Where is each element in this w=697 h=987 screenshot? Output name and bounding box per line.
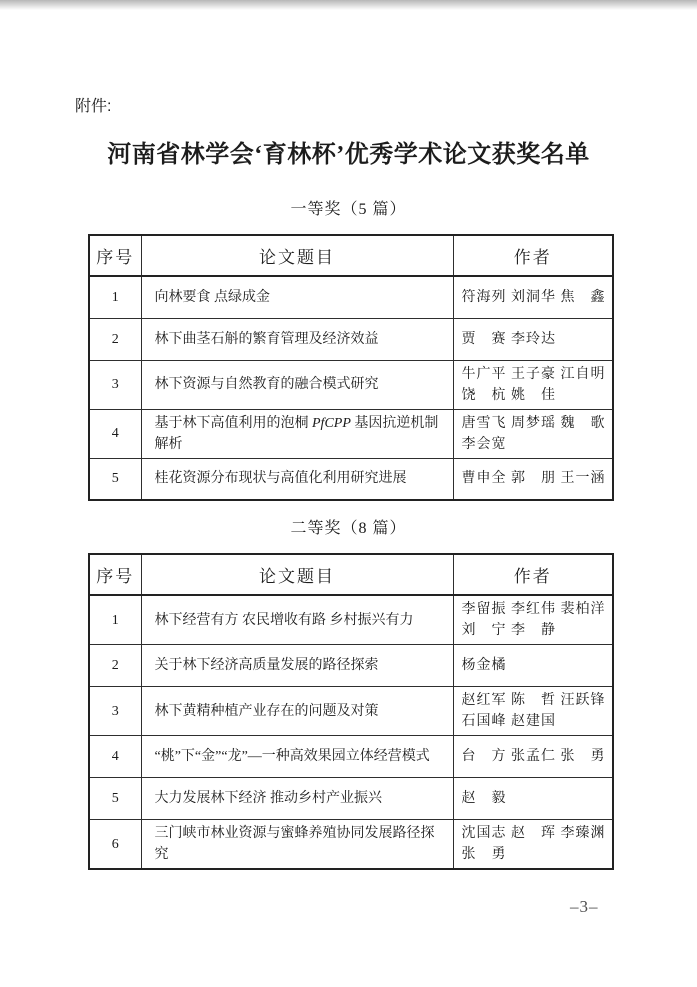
paper-title: 林下黄精种植产业存在的问题及对策 — [141, 687, 453, 736]
row-number: 5 — [89, 458, 141, 500]
paper-title: 向林要食 点绿成金 — [141, 276, 453, 318]
row-number: 3 — [89, 687, 141, 736]
page-top-shadow — [0, 0, 697, 10]
paper-title: 关于林下经济高质量发展的路径探索 — [141, 645, 453, 687]
paper-title: 大力发展林下经济 推动乡村产业振兴 — [141, 778, 453, 820]
table-row: 3林下资源与自然教育的融合模式研究牛广平 王子豪 江自明饶 杭 姚 佳 — [89, 360, 613, 409]
page-number: –3– — [570, 897, 599, 917]
paper-authors: 赵红军 陈 哲 汪跃锋石国峰 赵建国 — [453, 687, 613, 736]
table-row: 1林下经营有方 农民增收有路 乡村振兴有力李留振 李红伟 裴柏洋刘 宁 李 静 — [89, 595, 613, 645]
first-prize-table: 序号 论文题目 作者 1向林要食 点绿成金符海列 刘洞华 焦 鑫2林下曲茎石斛的… — [88, 234, 614, 501]
table-row: 4“桃”下“金”“龙”—一种高效果园立体经营模式台 方 张孟仁 张 勇 — [89, 736, 613, 778]
section-heading-first-prize: 一等奖（5 篇） — [0, 196, 697, 219]
paper-authors: 台 方 张孟仁 张 勇 — [453, 736, 613, 778]
table-row: 2关于林下经济高质量发展的路径探索杨金橘 — [89, 645, 613, 687]
paper-authors: 牛广平 王子豪 江自明饶 杭 姚 佳 — [453, 360, 613, 409]
column-header-no: 序号 — [89, 554, 141, 595]
paper-title: 林下曲茎石斛的繁育管理及经济效益 — [141, 318, 453, 360]
column-header-authors: 作者 — [453, 235, 613, 276]
title-segment: 基于林下高值利用的泡桐 — [155, 416, 313, 431]
paper-authors: 赵 毅 — [453, 778, 613, 820]
column-header-title: 论文题目 — [141, 554, 453, 595]
paper-authors: 符海列 刘洞华 焦 鑫 — [453, 276, 613, 318]
attachment-label: 附件: — [75, 93, 111, 116]
table-row: 2林下曲茎石斛的繁育管理及经济效益贾 赛 李玲达 — [89, 318, 613, 360]
table-row: 5桂花资源分布现状与高值化利用研究进展曹申全 郭 朋 王一涵 — [89, 458, 613, 500]
paper-title: 三门峡市林业资源与蜜蜂养殖协同发展路径探究 — [141, 820, 453, 870]
paper-authors: 曹申全 郭 朋 王一涵 — [453, 458, 613, 500]
table-row: 4基于林下高值利用的泡桐 PfCPP 基因抗逆机制解析唐雪飞 周梦瑶 魏 歌李会… — [89, 409, 613, 458]
section-heading-second-prize: 二等奖（8 篇） — [0, 515, 697, 538]
table-row: 6三门峡市林业资源与蜜蜂养殖协同发展路径探究沈国志 赵 珲 李臻渊张 勇 — [89, 820, 613, 870]
row-number: 5 — [89, 778, 141, 820]
row-number: 2 — [89, 318, 141, 360]
page-title: 河南省林学会‘育林杯’优秀学术论文获奖名单 — [0, 134, 697, 169]
section-second-prize: 二等奖（8 篇） 序号 论文题目 作者 1林下经营有方 农民增收有路 乡村振兴有… — [0, 515, 697, 870]
paper-title: 林下经营有方 农民增收有路 乡村振兴有力 — [141, 595, 453, 645]
paper-title: “桃”下“金”“龙”—一种高效果园立体经营模式 — [141, 736, 453, 778]
row-number: 4 — [89, 409, 141, 458]
table-row: 5大力发展林下经济 推动乡村产业振兴赵 毅 — [89, 778, 613, 820]
table-row: 1向林要食 点绿成金符海列 刘洞华 焦 鑫 — [89, 276, 613, 318]
row-number: 6 — [89, 820, 141, 870]
paper-authors: 杨金橘 — [453, 645, 613, 687]
table-header-row: 序号 论文题目 作者 — [89, 235, 613, 276]
row-number: 4 — [89, 736, 141, 778]
paper-title: 桂花资源分布现状与高值化利用研究进展 — [141, 458, 453, 500]
paper-title: 基于林下高值利用的泡桐 PfCPP 基因抗逆机制解析 — [141, 409, 453, 458]
row-number: 3 — [89, 360, 141, 409]
gene-name-italic: PfCPP — [312, 416, 351, 431]
paper-authors: 沈国志 赵 珲 李臻渊张 勇 — [453, 820, 613, 870]
paper-title: 林下资源与自然教育的融合模式研究 — [141, 360, 453, 409]
paper-authors: 唐雪飞 周梦瑶 魏 歌李会宽 — [453, 409, 613, 458]
row-number: 1 — [89, 595, 141, 645]
second-prize-table: 序号 论文题目 作者 1林下经营有方 农民增收有路 乡村振兴有力李留振 李红伟 … — [88, 553, 614, 870]
section-first-prize: 一等奖（5 篇） 序号 论文题目 作者 1向林要食 点绿成金符海列 刘洞华 焦 … — [0, 196, 697, 501]
paper-authors: 贾 赛 李玲达 — [453, 318, 613, 360]
row-number: 1 — [89, 276, 141, 318]
column-header-title: 论文题目 — [141, 235, 453, 276]
table-header-row: 序号 论文题目 作者 — [89, 554, 613, 595]
row-number: 2 — [89, 645, 141, 687]
paper-authors: 李留振 李红伟 裴柏洋刘 宁 李 静 — [453, 595, 613, 645]
column-header-authors: 作者 — [453, 554, 613, 595]
document-page: 附件: 河南省林学会‘育林杯’优秀学术论文获奖名单 一等奖（5 篇） 序号 论文… — [0, 0, 697, 987]
table-row: 3林下黄精种植产业存在的问题及对策赵红军 陈 哲 汪跃锋石国峰 赵建国 — [89, 687, 613, 736]
column-header-no: 序号 — [89, 235, 141, 276]
